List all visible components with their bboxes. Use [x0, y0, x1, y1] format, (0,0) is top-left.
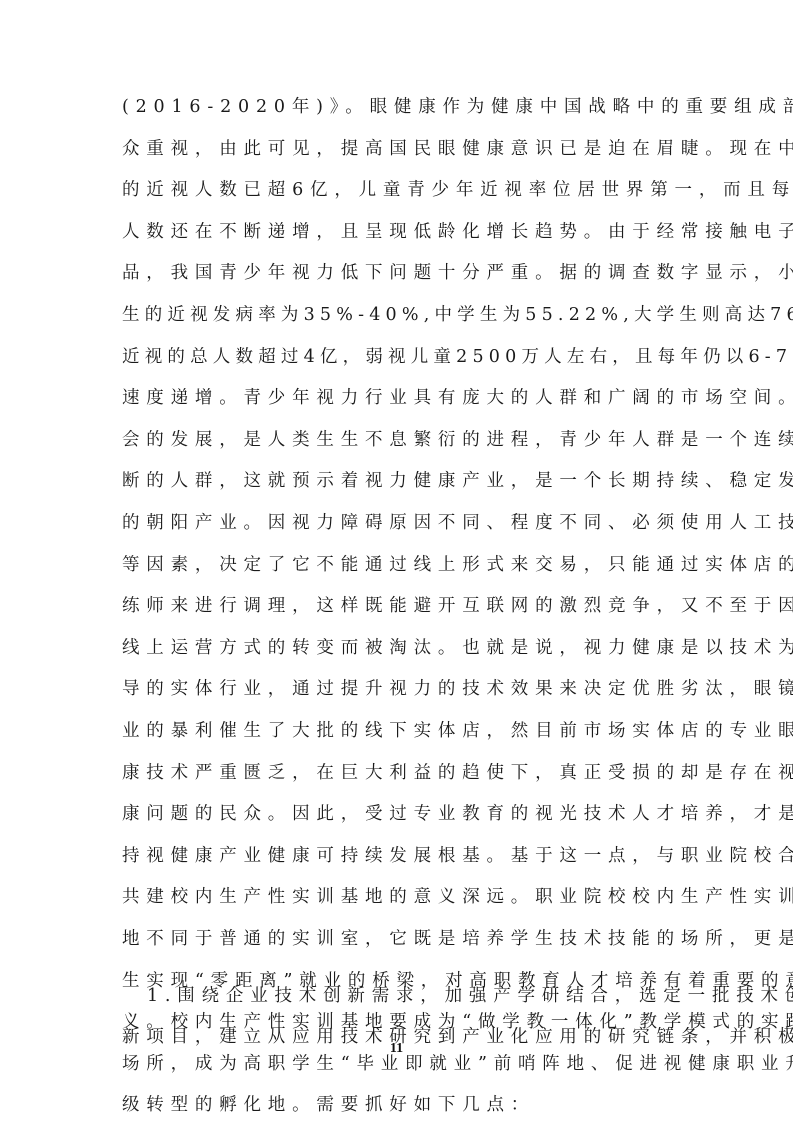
document-page: (2016-2020年)》。眼健康作为健康中国战略中的重要组成部分被大众重视，由… [0, 0, 793, 1122]
text-line: 众重视，由此可见，提高国民眼健康意识已是迫在眉睫。现在中国 [122, 134, 682, 164]
text-line: 的朝阳产业。因视力障碍原因不同、程度不同、必须使用人工技术 [122, 508, 682, 538]
text-line: 会的发展，是人类生生不息繁衍的进程，青少年人群是一个连续不 [122, 425, 682, 455]
text-line: 地不同于普通的实训室，它既是培养学生技术技能的场所，更是学 [122, 924, 682, 954]
text-line: 人数还在不断递增，且呈现低龄化增长趋势。由于经常接触电子产 [122, 217, 682, 247]
text-line: 导的实体行业，通过提升视力的技术效果来决定优胜劣汰，眼镜行 [122, 674, 682, 704]
text-line: 近视的总人数超过4亿，弱视儿童2500万人左右，且每年仍以6-7%的 [122, 342, 682, 372]
text-line: 等因素，决定了它不能通过线上形式来交易，只能通过实体店的训 [122, 550, 682, 580]
text-line: 1.围绕企业技术创新需求，加强产学研结合，选定一批技术创 [147, 981, 707, 1011]
page-number: 11 [0, 1041, 793, 1057]
text-line: 业的暴利催生了大批的线下实体店，然目前市场实体店的专业眼健 [122, 716, 682, 746]
text-line: 线上运营方式的转变而被淘汰。也就是说，视力健康是以技术为主 [122, 633, 682, 663]
text-line: 康技术严重匮乏，在巨大利益的趋使下，真正受损的却是存在视健 [122, 758, 682, 788]
text-line: 康问题的民众。因此，受过专业教育的视光技术人才培养，才是保 [122, 799, 682, 829]
text-line: 的近视人数已超6亿，儿童青少年近视率位居世界第一，而且每年的 [122, 175, 682, 205]
text-line: (2016-2020年)》。眼健康作为健康中国战略中的重要组成部分被大 [122, 92, 682, 122]
text-line: 生的近视发病率为35%-40%,中学生为55.22%,大学生则高达76.74%。 [122, 300, 682, 330]
text-line: 共建校内生产性实训基地的意义深远。职业院校校内生产性实训基 [122, 882, 682, 912]
text-line: 速度递增。青少年视力行业具有庞大的人群和广阔的市场空间。社 [122, 383, 682, 413]
text-line: 级转型的孵化地。需要抓好如下几点： [122, 1090, 682, 1120]
text-line: 品，我国青少年视力低下问题十分严重。据的调查数字显示，小学 [122, 258, 682, 288]
text-line: 断的人群，这就预示着视力健康产业，是一个长期持续、稳定发展 [122, 466, 682, 496]
text-line: 练师来进行调理，这样既能避开互联网的激烈竞争，又不至于因为 [122, 591, 682, 621]
text-line: 持视健康产业健康可持续发展根基。基于这一点，与职业院校合作 [122, 841, 682, 871]
